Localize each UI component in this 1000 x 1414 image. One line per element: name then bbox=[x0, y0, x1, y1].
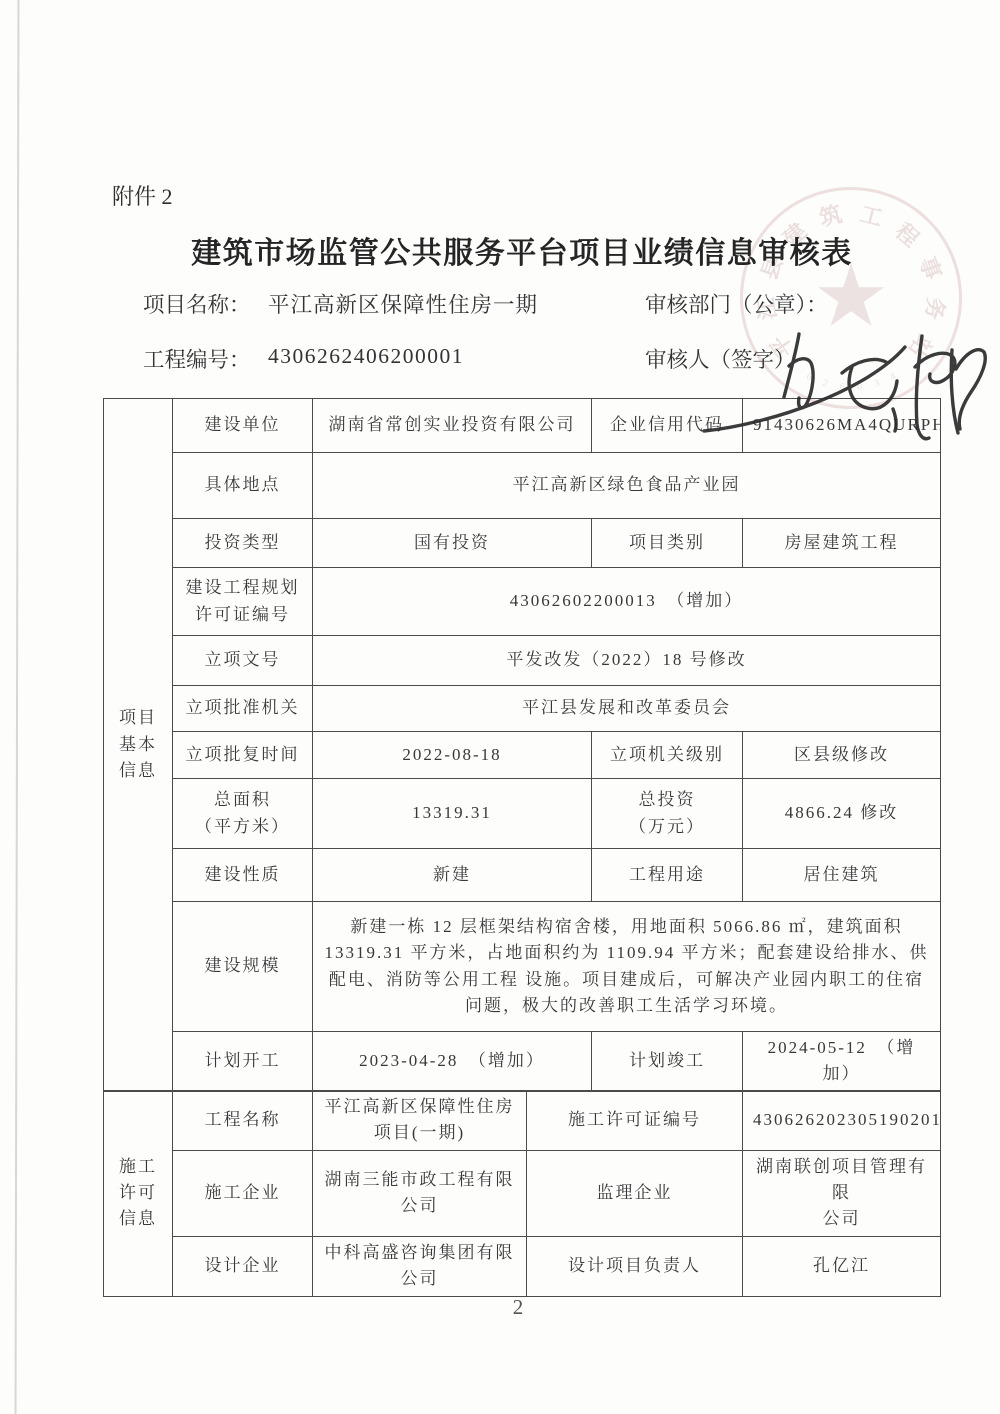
cell-label: 项目类别 bbox=[592, 519, 743, 568]
page-title: 建筑市场监管公共服务平台项目业绩信息审核表 bbox=[0, 228, 1000, 272]
review-dept-label: 审核部门（公章）： bbox=[645, 288, 828, 319]
cell-label: 监理企业 bbox=[527, 1150, 743, 1236]
cell-value: 区县级修改 bbox=[743, 732, 941, 779]
cell-value: 居住建筑 bbox=[743, 849, 941, 902]
seal-serial-digit: 6 bbox=[801, 369, 817, 385]
cell-label: 建设工程规划 许可证编号 bbox=[173, 568, 313, 636]
cell-value: 平发改发（2022）18 号修改 bbox=[313, 636, 941, 686]
cell-label: 企业信用代码 bbox=[592, 399, 743, 453]
cell-label: 建设单位 bbox=[173, 399, 313, 453]
cell-value: 13319.31 bbox=[313, 779, 592, 849]
cell-label: 工程用途 bbox=[592, 849, 743, 902]
cell-value: 湖南联创项目管理有限 公司 bbox=[743, 1150, 941, 1236]
seal-serial-digit: 4 bbox=[885, 369, 901, 385]
attachment-label: 附件 2 bbox=[112, 180, 173, 211]
cell-label: 工程名称 bbox=[173, 1091, 313, 1151]
cell-value: 平江高新区保障性住房 项目(一期) bbox=[313, 1091, 527, 1151]
form-table-area: 项目 基本 信息 建设单位 湖南省常创实业投资有限公司 企业信用代码 91430… bbox=[103, 398, 940, 1297]
cell-value: 91430626MA4QURPH3C bbox=[743, 399, 941, 453]
cell-value: 湖南省常创实业投资有限公司 bbox=[313, 399, 592, 453]
project-code-label: 工程编号： bbox=[143, 343, 251, 374]
cell-value: 2022-08-18 bbox=[313, 732, 592, 779]
project-name-value: 平江高新区保障性住房一期 bbox=[268, 288, 538, 319]
seal-serial-digit: 6 bbox=[836, 381, 849, 394]
cell-label: 建设规模 bbox=[173, 902, 313, 1032]
seal-serial-digit: 3 bbox=[870, 377, 885, 392]
cell-value: 房屋建筑工程 bbox=[743, 519, 941, 568]
reviewer-label: 审核人（签字） bbox=[645, 343, 796, 374]
table-row: 施工企业 湖南三能市政工程有限 公司 监理企业 湖南联创项目管理有限 公司 bbox=[104, 1150, 941, 1236]
cell-value: 新建一栋 12 层框架结构宿舍楼，用地面积 5066.86 ㎡，建筑面积 133… bbox=[313, 902, 941, 1032]
table-row: 计划开工 2023-04-28 （增加） 计划竣工 2024-05-12 （增加… bbox=[104, 1032, 941, 1092]
cell-label: 具体地点 bbox=[173, 453, 313, 519]
cell-value: 4866.24 修改 bbox=[743, 779, 941, 849]
table-row: 设计企业 中科高盛咨询集团有限 公司 设计项目负责人 孔亿江 bbox=[104, 1236, 941, 1296]
seal-serial-digit: 0 bbox=[853, 381, 866, 394]
cell-label: 设计企业 bbox=[173, 1236, 313, 1296]
table-row: 建设工程规划 许可证编号 43062602200013 （增加） bbox=[104, 568, 941, 636]
cell-label: 立项机关级别 bbox=[592, 732, 743, 779]
table-row: 具体地点 平江高新区绿色食品产业园 bbox=[104, 453, 941, 519]
project-code-value: 4306262406200001 bbox=[268, 344, 464, 369]
cell-value: 430626202305190201 bbox=[743, 1091, 941, 1151]
cell-value: 平江县发展和改革委员会 bbox=[313, 686, 941, 732]
cell-label: 施工企业 bbox=[173, 1150, 313, 1236]
section-label-basic: 项目 基本 信息 bbox=[104, 399, 173, 1092]
cell-label: 计划竣工 bbox=[592, 1032, 743, 1092]
construction-permit-table: 施工 许可 信息 工程名称 平江高新区保障性住房 项目(一期) 施工许可证编号 … bbox=[103, 1090, 941, 1296]
cell-value: 中科高盛咨询集团有限 公司 bbox=[313, 1236, 527, 1296]
seal-serial-digit: 2 bbox=[818, 377, 833, 392]
cell-value: 新建 bbox=[313, 849, 592, 902]
scan-edge-line bbox=[15, 0, 20, 1414]
table-row: 施工 许可 信息 工程名称 平江高新区保障性住房 项目(一期) 施工许可证编号 … bbox=[104, 1091, 941, 1151]
cell-label: 总面积 （平方米） bbox=[173, 779, 313, 849]
cell-label: 立项文号 bbox=[173, 636, 313, 686]
cell-label: 建设性质 bbox=[173, 849, 313, 902]
cell-label: 施工许可证编号 bbox=[527, 1091, 743, 1151]
document-page: ★ 平江县建筑工程事务站430626 附件 2 建筑市场监管公共服务平台项目业绩… bbox=[0, 0, 1000, 1414]
cell-label: 立项批准机关 bbox=[173, 686, 313, 732]
cell-value: 平江高新区绿色食品产业园 bbox=[313, 453, 941, 519]
seal-ring-char: 务 bbox=[920, 294, 949, 323]
project-name-label: 项目名称： bbox=[143, 288, 251, 319]
table-row: 立项批复时间 2022-08-18 立项机关级别 区县级修改 bbox=[104, 732, 941, 779]
table-row: 投资类型 国有投资 项目类别 房屋建筑工程 bbox=[104, 519, 941, 568]
table-row: 总面积 （平方米） 13319.31 总投资 （万元） 4866.24 修改 bbox=[104, 779, 941, 849]
table-row: 建设规模 新建一栋 12 层框架结构宿舍楼，用地面积 5066.86 ㎡，建筑面… bbox=[104, 902, 941, 1032]
basic-info-table: 项目 基本 信息 建设单位 湖南省常创实业投资有限公司 企业信用代码 91430… bbox=[103, 398, 941, 1092]
seal-ring-char: 站 bbox=[902, 328, 938, 364]
cell-value: 孔亿江 bbox=[743, 1236, 941, 1296]
table-row: 建设性质 新建 工程用途 居住建筑 bbox=[104, 849, 941, 902]
cell-label: 总投资 （万元） bbox=[592, 779, 743, 849]
cell-label: 投资类型 bbox=[173, 519, 313, 568]
cell-value: 湖南三能市政工程有限 公司 bbox=[313, 1150, 527, 1236]
cell-label: 设计项目负责人 bbox=[527, 1236, 743, 1296]
cell-value: 43062602200013 （增加） bbox=[313, 568, 941, 636]
cell-label: 立项批复时间 bbox=[173, 732, 313, 779]
cell-value: 2024-05-12 （增加） bbox=[743, 1032, 941, 1092]
section-label-permit: 施工 许可 信息 bbox=[104, 1091, 173, 1296]
cell-label: 计划开工 bbox=[173, 1032, 313, 1092]
table-row: 项目 基本 信息 建设单位 湖南省常创实业投资有限公司 企业信用代码 91430… bbox=[104, 399, 941, 453]
cell-value: 2023-04-28 （增加） bbox=[313, 1032, 592, 1092]
page-number: 2 bbox=[0, 1295, 1000, 1320]
cell-value: 国有投资 bbox=[313, 519, 592, 568]
table-row: 立项批准机关 平江县发展和改革委员会 bbox=[104, 686, 941, 732]
table-row: 立项文号 平发改发（2022）18 号修改 bbox=[104, 636, 941, 686]
